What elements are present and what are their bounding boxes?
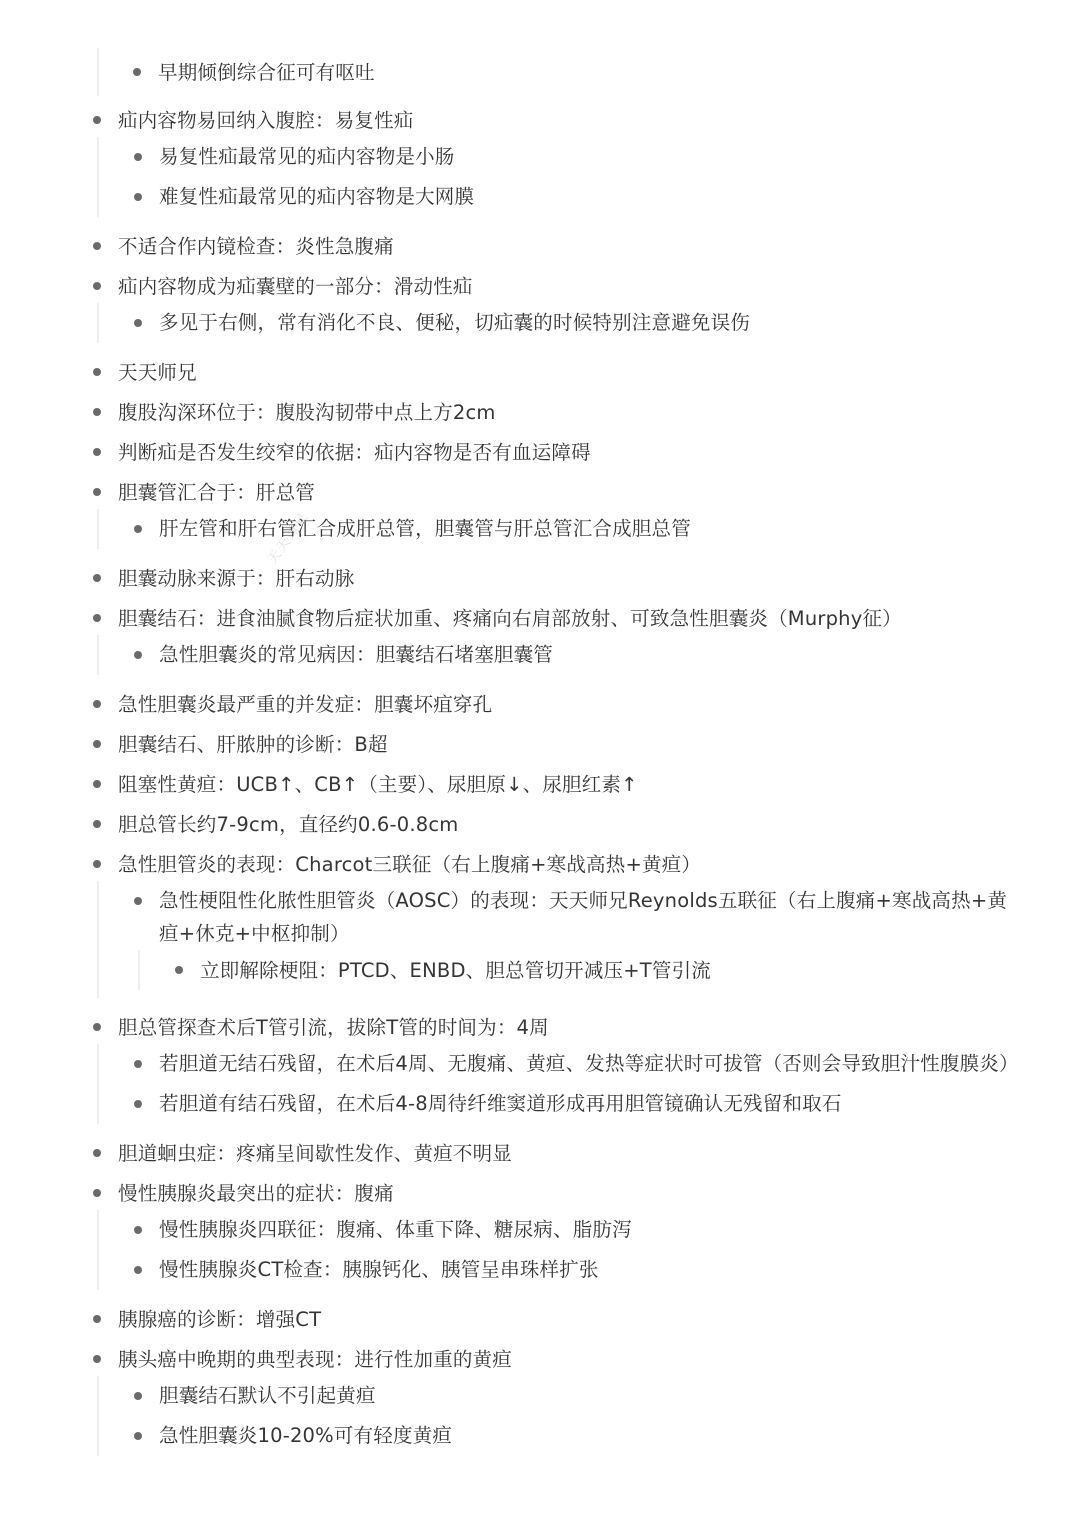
list-item: 胆囊结石：进食油腻食物后症状加重、疼痛向右肩部放射、可致急性胆囊炎（Murphy…: [0, 598, 1080, 684]
list-item-text: 急性胆囊炎10-20%可有轻度黄疸: [159, 1419, 1010, 1452]
list-item-text: 胆囊管汇合于：肝总管: [118, 476, 1010, 509]
list-item: 胆囊结石、肝脓肿的诊断：B超: [0, 724, 1080, 764]
bullet-icon: [93, 860, 101, 868]
bullet-icon: [134, 1100, 142, 1108]
list-item-text: 胆总管探查术后T管引流，拔除T管的时间为：4周: [118, 1011, 1010, 1044]
list-item-text: 易复性疝最常见的疝内容物是小肠: [159, 140, 1010, 173]
bullet-icon: [93, 116, 101, 124]
list-item: 不适合作内镜检查：炎性急腹痛: [0, 226, 1080, 266]
list-item-text: 胆囊结石默认不引起黄疸: [159, 1379, 1010, 1412]
bullet-icon: [134, 1266, 142, 1274]
list-item: 慢性胰腺炎最突出的症状：腹痛 慢性胰腺炎四联征：腹痛、体重下降、糖尿病、脂肪泻 …: [0, 1173, 1080, 1299]
list-item: 疝内容物成为疝囊壁的一部分：滑动性疝 多见于右侧，常有消化不良、便秘，切疝囊的时…: [0, 266, 1080, 352]
sub-list: 多见于右侧，常有消化不良、便秘，切疝囊的时候特别注意避免误伤: [97, 303, 1010, 343]
list-item-text: 胆总管长约7-9cm，直径约0.6-0.8cm: [118, 808, 1010, 841]
list-item-text: 早期倾倒综合征可有呕吐: [158, 56, 1010, 89]
list-item-text: 慢性胰腺炎CT检查：胰腺钙化、胰管呈串珠样扩张: [159, 1253, 1010, 1286]
list-item-text: 胰腺癌的诊断：增强CT: [118, 1303, 1010, 1336]
sub-list: 急性梗阻性化脓性胆管炎（AOSC）的表现：天天师兄Reynolds五联征（右上腹…: [97, 881, 1010, 998]
list-item-text: 腹股沟深环位于：腹股沟韧带中点上方2cm: [118, 396, 1010, 429]
list-item-text: 慢性胰腺炎最突出的症状：腹痛: [118, 1177, 1010, 1210]
list-item-text: 难复性疝最常见的疝内容物是大网膜: [159, 180, 1010, 213]
bullet-icon: [134, 153, 142, 161]
bullet-icon: [134, 897, 142, 905]
bullet-icon: [134, 651, 142, 659]
list-item-text: 急性梗阻性化脓性胆管炎（AOSC）的表现：天天师兄Reynolds五联征（右上腹…: [159, 884, 1010, 950]
list-item: 肝左管和肝右管汇合成肝总管，胆囊管与肝总管汇合成胆总管: [99, 509, 1010, 549]
bullet-icon: [93, 488, 101, 496]
list-item: 慢性胰腺炎CT检查：胰腺钙化、胰管呈串珠样扩张: [99, 1250, 1010, 1290]
list-item-text: 不适合作内镜检查：炎性急腹痛: [118, 230, 1010, 263]
list-item-text: 胆囊结石：进食油腻食物后症状加重、疼痛向右肩部放射、可致急性胆囊炎（Murphy…: [118, 602, 1010, 635]
list-item-text: 疝内容物成为疝囊壁的一部分：滑动性疝: [118, 270, 1010, 303]
sub-list: 慢性胰腺炎四联征：腹痛、体重下降、糖尿病、脂肪泻 慢性胰腺炎CT检查：胰腺钙化、…: [97, 1210, 1010, 1290]
list-item-text: 天天师兄: [118, 356, 1010, 389]
bullet-icon: [93, 780, 101, 788]
list-item-text: 急性胆管炎的表现：Charcot三联征（右上腹痛+寒战高热+黄疸）: [118, 848, 1010, 881]
list-item: 急性胆囊炎最严重的并发症：胆囊坏疽穿孔: [0, 684, 1080, 724]
sub-list: 胆囊结石默认不引起黄疸 急性胆囊炎10-20%可有轻度黄疸: [97, 1376, 1010, 1456]
bullet-icon: [93, 1023, 101, 1031]
list-item: 胆总管长约7-9cm，直径约0.6-0.8cm: [0, 804, 1080, 844]
bullet-icon: [93, 448, 101, 456]
sub-list: 肝左管和肝右管汇合成肝总管，胆囊管与肝总管汇合成胆总管: [97, 509, 1010, 549]
bullet-icon: [93, 282, 101, 290]
bullet-icon: [93, 368, 101, 376]
list-item: 胆道蛔虫症：疼痛呈间歇性发作、黄疸不明显: [0, 1133, 1080, 1173]
list-item: 多见于右侧，常有消化不良、便秘，切疝囊的时候特别注意避免误伤: [99, 303, 1010, 343]
sub-list: 急性胆囊炎的常见病因：胆囊结石堵塞胆囊管: [97, 635, 1010, 675]
list-item: 胆总管探查术后T管引流，拔除T管的时间为：4周 若胆道无结石残留，在术后4周、无…: [0, 1007, 1080, 1133]
bullet-icon: [133, 68, 141, 76]
list-item-text: 肝左管和肝右管汇合成肝总管，胆囊管与肝总管汇合成胆总管: [159, 512, 1010, 545]
bullet-icon: [93, 574, 101, 582]
list-item: 胰腺癌的诊断：增强CT: [0, 1299, 1080, 1339]
list-item: 急性胆囊炎10-20%可有轻度黄疸: [99, 1416, 1010, 1456]
list-item: 若胆道无结石残留，在术后4周、无腹痛、黄疸、发热等症状时可拔管（否则会导致胆汁性…: [99, 1044, 1010, 1084]
list-item: 早期倾倒综合征可有呕吐: [0, 52, 1080, 92]
list-item-text: 胆道蛔虫症：疼痛呈间歇性发作、黄疸不明显: [118, 1137, 1010, 1170]
list-item: 天天师兄: [0, 352, 1080, 392]
list-item-text: 胰头癌中晚期的典型表现：进行性加重的黄疸: [118, 1343, 1010, 1376]
bullet-icon: [134, 1226, 142, 1234]
list-item: 急性胆囊炎的常见病因：胆囊结石堵塞胆囊管: [99, 635, 1010, 675]
list-item: 立即解除梗阻：PTCD、ENBD、胆总管切开减压+T管引流: [140, 950, 1010, 990]
list-item: 阻塞性黄疸：UCB↑、CB↑（主要）、尿胆原↓、尿胆红素↑: [0, 764, 1080, 804]
list-item: 胆囊动脉来源于：肝右动脉: [0, 558, 1080, 598]
bullet-icon: [134, 1392, 142, 1400]
list-item-text: 多见于右侧，常有消化不良、便秘，切疝囊的时候特别注意避免误伤: [159, 306, 1010, 339]
bullet-icon: [93, 740, 101, 748]
list-item: 若胆道有结石残留，在术后4-8周待纤维窦道形成再用胆管镜确认无残留和取石: [99, 1084, 1010, 1124]
bullet-icon: [175, 966, 183, 974]
bullet-icon: [93, 614, 101, 622]
list-item-text: 胆囊动脉来源于：肝右动脉: [118, 562, 1010, 595]
bullet-icon: [134, 319, 142, 327]
list-item-text: 若胆道有结石残留，在术后4-8周待纤维窦道形成再用胆管镜确认无残留和取石: [159, 1087, 1010, 1120]
list-item-text: 疝内容物易回纳入腹腔：易复性疝: [118, 104, 1010, 137]
list-item: 胆囊结石默认不引起黄疸: [99, 1376, 1010, 1416]
list-item: 急性梗阻性化脓性胆管炎（AOSC）的表现：天天师兄Reynolds五联征（右上腹…: [99, 881, 1010, 998]
list-item: 腹股沟深环位于：腹股沟韧带中点上方2cm: [0, 392, 1080, 432]
list-item-text: 急性胆囊炎最严重的并发症：胆囊坏疽穿孔: [118, 688, 1010, 721]
bullet-icon: [134, 193, 142, 201]
list-item: 胰头癌中晚期的典型表现：进行性加重的黄疸 胆囊结石默认不引起黄疸 急性胆囊炎10…: [0, 1339, 1080, 1465]
list-item-text: 阻塞性黄疸：UCB↑、CB↑（主要）、尿胆原↓、尿胆红素↑: [118, 768, 1010, 801]
list-item: 难复性疝最常见的疝内容物是大网膜: [99, 177, 1010, 217]
bullet-icon: [93, 1355, 101, 1363]
list-item: 慢性胰腺炎四联征：腹痛、体重下降、糖尿病、脂肪泻: [99, 1210, 1010, 1250]
list-item-text: 胆囊结石、肝脓肿的诊断：B超: [118, 728, 1010, 761]
sub-list: 易复性疝最常见的疝内容物是小肠 难复性疝最常见的疝内容物是大网膜: [97, 137, 1010, 217]
bullet-icon: [93, 1315, 101, 1323]
list-item-text: 若胆道无结石残留，在术后4周、无腹痛、黄疸、发热等症状时可拔管（否则会导致胆汁性…: [159, 1047, 1010, 1080]
bullet-icon: [93, 700, 101, 708]
list-item-text: 立即解除梗阻：PTCD、ENBD、胆总管切开减压+T管引流: [200, 954, 1010, 987]
bullet-icon: [134, 525, 142, 533]
bullet-icon: [134, 1060, 142, 1068]
bullet-icon: [93, 1149, 101, 1157]
bullet-icon: [134, 1432, 142, 1440]
list-item: 胆囊管汇合于：肝总管 肝左管和肝右管汇合成肝总管，胆囊管与肝总管汇合成胆总管: [0, 472, 1080, 558]
bullet-icon: [93, 408, 101, 416]
list-item: 疝内容物易回纳入腹腔：易复性疝 易复性疝最常见的疝内容物是小肠 难复性疝最常见的…: [0, 100, 1080, 226]
list-item-text: 慢性胰腺炎四联征：腹痛、体重下降、糖尿病、脂肪泻: [159, 1213, 1010, 1246]
outline-list: 疝内容物易回纳入腹腔：易复性疝 易复性疝最常见的疝内容物是小肠 难复性疝最常见的…: [0, 100, 1080, 1465]
bullet-icon: [93, 820, 101, 828]
sub-sub-list: 立即解除梗阻：PTCD、ENBD、胆总管切开减压+T管引流: [138, 950, 1010, 990]
list-item: 判断疝是否发生绞窄的依据：疝内容物是否有血运障碍: [0, 432, 1080, 472]
bullet-icon: [93, 242, 101, 250]
list-item-text: 急性胆囊炎的常见病因：胆囊结石堵塞胆囊管: [159, 638, 1010, 671]
bullet-icon: [93, 1189, 101, 1197]
list-item-text: 判断疝是否发生绞窄的依据：疝内容物是否有血运障碍: [118, 436, 1010, 469]
sub-list: 若胆道无结石残留，在术后4周、无腹痛、黄疸、发热等症状时可拔管（否则会导致胆汁性…: [97, 1044, 1010, 1124]
list-item: 急性胆管炎的表现：Charcot三联征（右上腹痛+寒战高热+黄疸） 急性梗阻性化…: [0, 844, 1080, 1007]
list-item: 易复性疝最常见的疝内容物是小肠: [99, 137, 1010, 177]
